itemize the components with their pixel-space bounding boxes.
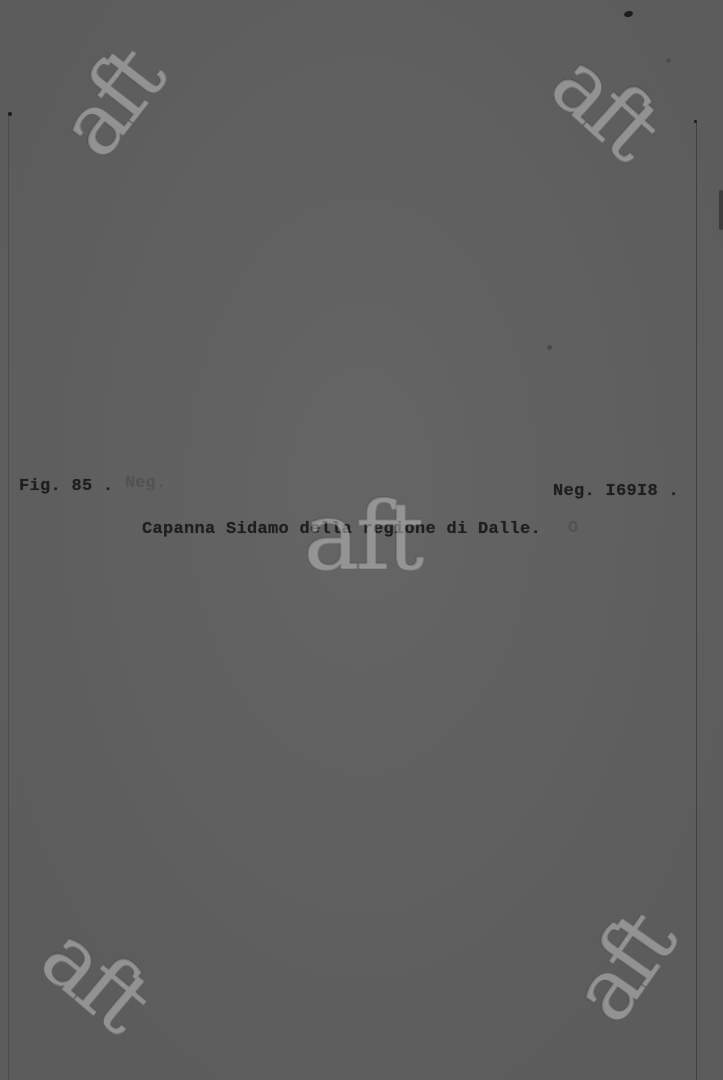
card-left-edge	[8, 112, 9, 1080]
card-right-edge	[696, 122, 697, 1080]
dust-speck	[547, 345, 552, 350]
watermark-bottom-right: aft	[557, 900, 688, 1036]
watermark-top-right: aft	[537, 38, 673, 173]
watermark-center: aft	[303, 490, 420, 584]
negative-number: Neg. I69I8 .	[553, 482, 679, 501]
bleed-through-text: Neg.	[125, 474, 166, 493]
figure-label: Fig. 85 .	[19, 477, 114, 496]
scanned-document-card: aft aft aft aft Neg. O Fig. 85 . Neg. I6…	[0, 0, 723, 1080]
dust-speck	[666, 58, 671, 63]
watermark-bottom-left: aft	[27, 911, 163, 1045]
dust-speck	[8, 112, 12, 116]
dust-speck	[694, 120, 697, 123]
watermark-top-left: aft	[44, 35, 177, 171]
dust-speck	[623, 10, 633, 18]
edge-shadow	[719, 190, 723, 230]
bleed-through-text: O	[568, 519, 578, 538]
